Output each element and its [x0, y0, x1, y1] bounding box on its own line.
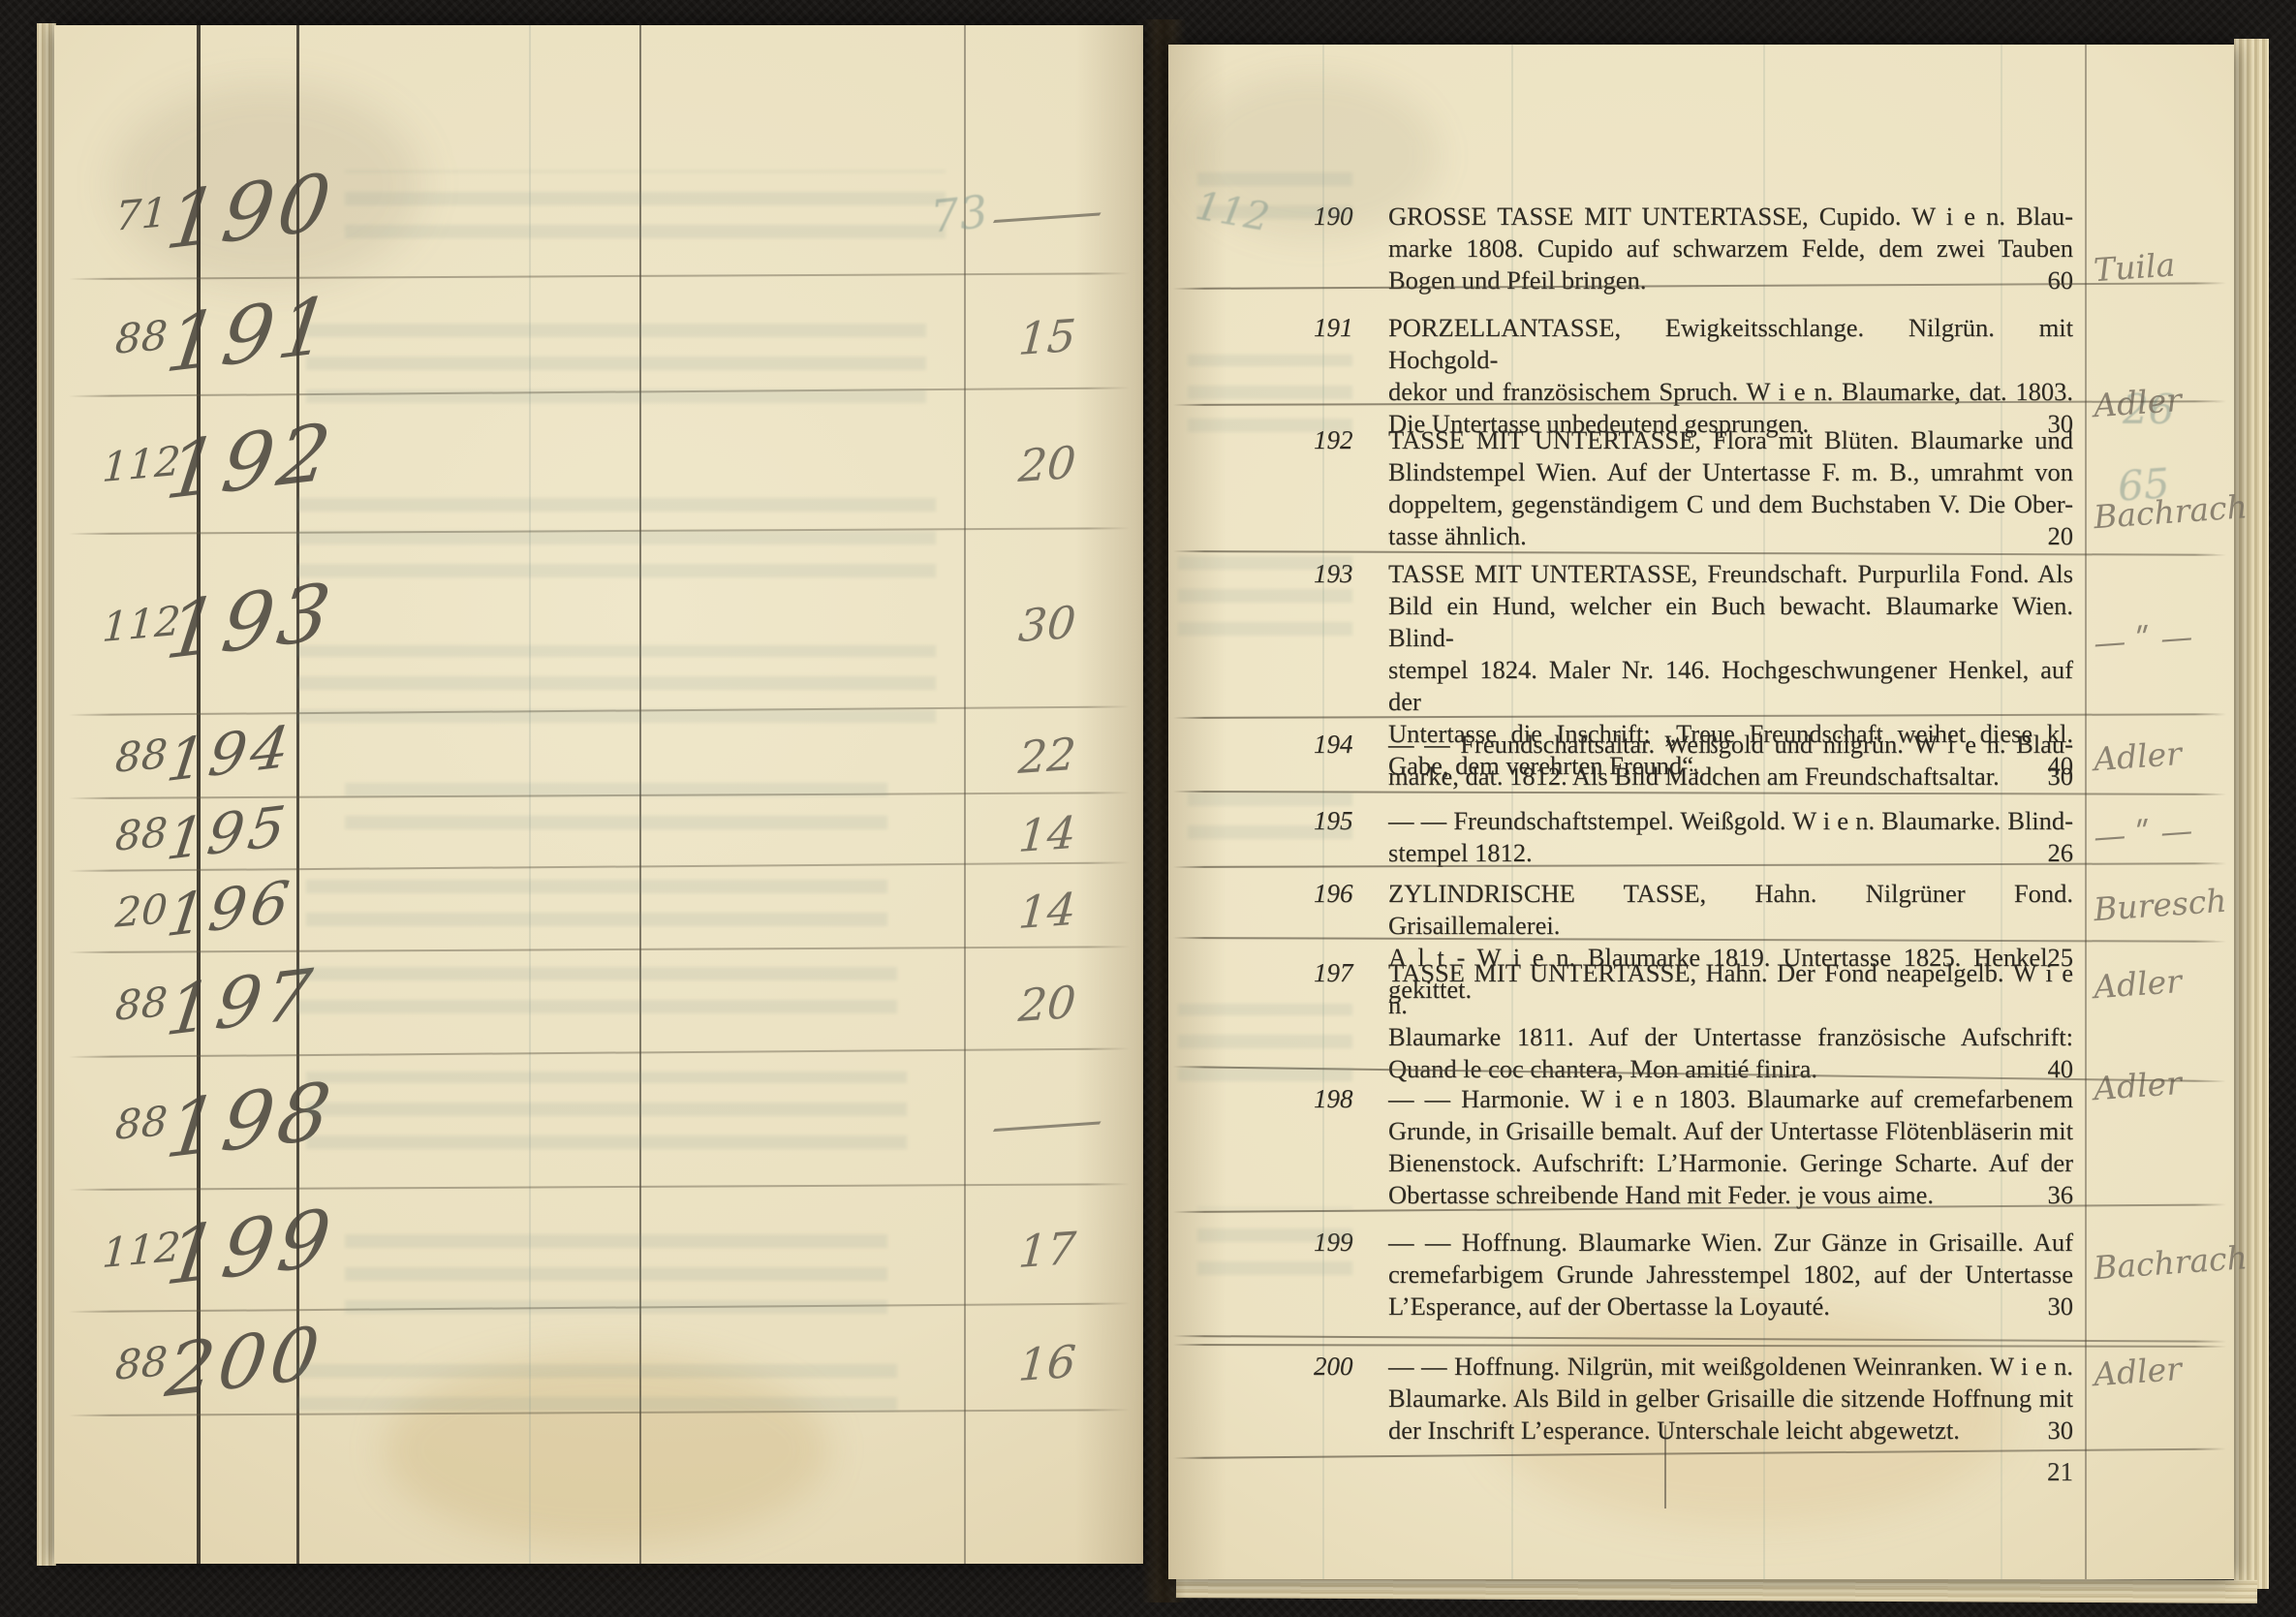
entry-text-line: PORZELLANTASSE, Ewigkeitsschlange. Nilgr…: [1388, 312, 2073, 376]
entry-description: — — Harmonie. W i e n 1803. Blaumarke au…: [1388, 1083, 2073, 1211]
show-through-text: [296, 481, 936, 577]
entry-text-line: Bild ein Hund, welcher ein Buch bewacht.…: [1388, 590, 2073, 654]
entry-text-line: — — Harmonie. W i e n 1803. Blaumarke au…: [1388, 1083, 2073, 1115]
entry-description: PORZELLANTASSE, Ewigkeitsschlange. Nilgr…: [1388, 312, 2073, 440]
entry-text-line: — — Hoffnung. Blaumarke Wien. Zur Gänze …: [1388, 1227, 2073, 1259]
lot-number-handwritten: 195: [163, 793, 293, 872]
show-through-text: [296, 1353, 897, 1411]
hammer-price-handwritten: 20: [928, 430, 1166, 499]
buyer-annotation-handwritten: Bachrach: [2093, 488, 2240, 536]
page-number: 21: [1963, 1457, 2073, 1487]
entry-text-line: — — Freundschaftstempel. Weißgold. W i e…: [1388, 805, 2073, 837]
show-through-text: [1188, 355, 1352, 432]
lot-number-handwritten: 190: [161, 156, 339, 267]
entry-text-line: TASSE MIT UNTERTASSE, Flora mit Blüten. …: [1388, 424, 2073, 456]
show-through-text: [306, 316, 926, 403]
entry-text-line: GROSSE TASSE MIT UNTERTASSE, Cupido. W i…: [1388, 201, 2073, 233]
show-through-text: [345, 171, 946, 238]
hammer-price-handwritten: 14: [928, 877, 1166, 946]
entry-text-line: — — Freundschaftsaltar. Weißgold und nil…: [1388, 729, 2073, 761]
show-through-text: [296, 645, 936, 723]
show-through-text: [296, 955, 897, 1013]
estimate-price-printed: 30: [2048, 1290, 2074, 1322]
show-through-text: [1197, 161, 1352, 219]
hammer-price-handwritten: 17: [928, 1216, 1166, 1285]
buyer-annotation-handwritten: Adler: [2093, 958, 2240, 1006]
estimate-price-printed: 30: [2048, 1415, 2074, 1446]
entry-text-line: cremefarbigem Grunde Jahresstempel 1802,…: [1388, 1259, 2073, 1290]
entry-text-line: 40Quand le coc chantera, Mon amitié fini…: [1388, 1053, 2073, 1085]
buyer-annotation-handwritten: Adler: [2093, 1060, 2240, 1107]
estimate-price-printed: 20: [2048, 520, 2074, 552]
lot-number-printed: 196: [1314, 879, 1353, 909]
entry-description: — — Hoffnung. Blaumarke Wien. Zur Gänze …: [1388, 1227, 2073, 1322]
entry-text-line: Bienenstock. Aufschrift: L’Harmonie. Ger…: [1388, 1147, 2073, 1179]
show-through-text: [345, 1227, 887, 1314]
show-through-text: [306, 878, 887, 926]
entry-text-line: Grunde, in Grisaille bemalt. Auf der Unt…: [1388, 1115, 2073, 1147]
buyer-annotation-handwritten: Adler: [2093, 731, 2240, 778]
entry-description: TASSE MIT UNTERTASSE, Flora mit Blüten. …: [1388, 424, 2073, 552]
entry-description: — — Hoffnung. Nilgrün, mit weißgoldenen …: [1388, 1351, 2073, 1446]
margin-pencil-line: [2085, 45, 2087, 1579]
lot-number-printed: 197: [1314, 958, 1353, 988]
entry-text-line: Blaumarke 1811. Auf der Untertasse franz…: [1388, 1021, 2073, 1053]
hammer-price-handwritten: 20: [928, 970, 1166, 1039]
entry-text-line: marke 1808. Cupido auf schwarzem Felde, …: [1388, 233, 2073, 264]
lot-number-handwritten: 194: [163, 713, 296, 795]
entry-description: GROSSE TASSE MIT UNTERTASSE, Cupido. W i…: [1388, 201, 2073, 296]
hammer-price-handwritten: 22: [928, 722, 1166, 791]
catalog-page-right: 112 26 65 21 190 GROSSE TASSE MIT UNTERT…: [1168, 45, 2234, 1579]
lot-number-handwritten: 199: [161, 1193, 339, 1304]
scanned-auction-catalog-spread: 73 71 190 — 88 191 15 112 192 20 112 193…: [0, 0, 2296, 1617]
buyer-annotation-handwritten: — ʺ —: [2093, 614, 2240, 662]
entry-text-line: Blaumarke. Als Bild in gelber Grisaille …: [1388, 1383, 2073, 1415]
no-sale-dash: —: [987, 1092, 1107, 1152]
estimate-price-printed: 30: [2048, 761, 2074, 793]
buyer-annotation-handwritten: — ʺ —: [2093, 808, 2240, 855]
lot-number-handwritten: 196: [163, 868, 296, 950]
buyer-annotation-handwritten: Buresch: [2093, 881, 2240, 928]
show-through-text: [1188, 781, 1352, 839]
show-through-text: [345, 771, 887, 829]
show-through-text: [1178, 1004, 1352, 1081]
entry-description: — — Freundschaftsaltar. Weißgold und nil…: [1388, 729, 2073, 793]
ledger-page-left: 73 71 190 — 88 191 15 112 192 20 112 193…: [54, 25, 1143, 1564]
buyer-annotation-handwritten: Bachrach: [2093, 1239, 2240, 1287]
show-through-text: [306, 1072, 907, 1149]
estimate-price-printed: 40: [2048, 1053, 2074, 1085]
entry-text-line: doppeltem, gegenständigem C und dem Buch…: [1388, 488, 2073, 520]
entry-text-line: — — Hoffnung. Nilgrün, mit weißgoldenen …: [1388, 1351, 2073, 1383]
entry-text-line: TASSE MIT UNTERTASSE, Freundschaft. Purp…: [1388, 558, 2073, 590]
show-through-text: [1178, 548, 1352, 636]
lot-number-printed: 198: [1314, 1084, 1353, 1114]
lot-number-printed: 194: [1314, 730, 1353, 760]
entry-description: — — Freundschaftstempel. Weißgold. W i e…: [1388, 805, 2073, 869]
hammer-price-handwritten: 15: [928, 302, 1166, 371]
show-through-text: [1197, 1207, 1352, 1275]
hammer-price-handwritten: 14: [928, 799, 1166, 868]
entry-text-line: 30L’Esperance, auf der Obertasse la Loya…: [1388, 1290, 2073, 1322]
entry-description: TASSE MIT UNTERTASSE, Hahn. Der Fond nea…: [1388, 957, 2073, 1085]
estimate-price-printed: 60: [2048, 264, 2074, 296]
hammer-price-handwritten: 16: [928, 1328, 1166, 1397]
entry-text-line: 30der Inschrift L’esperance. Unterschale…: [1388, 1415, 2073, 1446]
entry-text-line: 20tasse ähnlich.: [1388, 520, 2073, 552]
entry-text-line: Blindstempel Wien. Auf der Untertasse F.…: [1388, 456, 2073, 488]
hammer-price-handwritten: —: [928, 1088, 1166, 1157]
lot-number-printed: 200: [1314, 1352, 1353, 1382]
entry-text-line: ZYLINDRISCHE TASSE, Hahn. Nilgrüner Fond…: [1388, 878, 2073, 942]
entry-text-line: 30marke, dat. 1812. Als Bild Mädchen am …: [1388, 761, 2073, 793]
entry-text-line: TASSE MIT UNTERTASSE, Hahn. Der Fond nea…: [1388, 957, 2073, 1021]
hammer-price-handwritten: —: [928, 179, 1166, 248]
entry-text-line: stempel 1824. Maler Nr. 146. Hochgeschwu…: [1388, 654, 2073, 718]
no-sale-dash: —: [987, 183, 1107, 243]
lot-number-printed: 191: [1314, 313, 1353, 343]
buyer-annotation-handwritten: Adler: [2093, 1346, 2240, 1393]
hammer-price-handwritten: 30: [928, 589, 1166, 658]
page-stack-edge-left: [37, 23, 56, 1566]
entry-text-line: 60Bogen und Pfeil bringen.: [1388, 264, 2073, 296]
